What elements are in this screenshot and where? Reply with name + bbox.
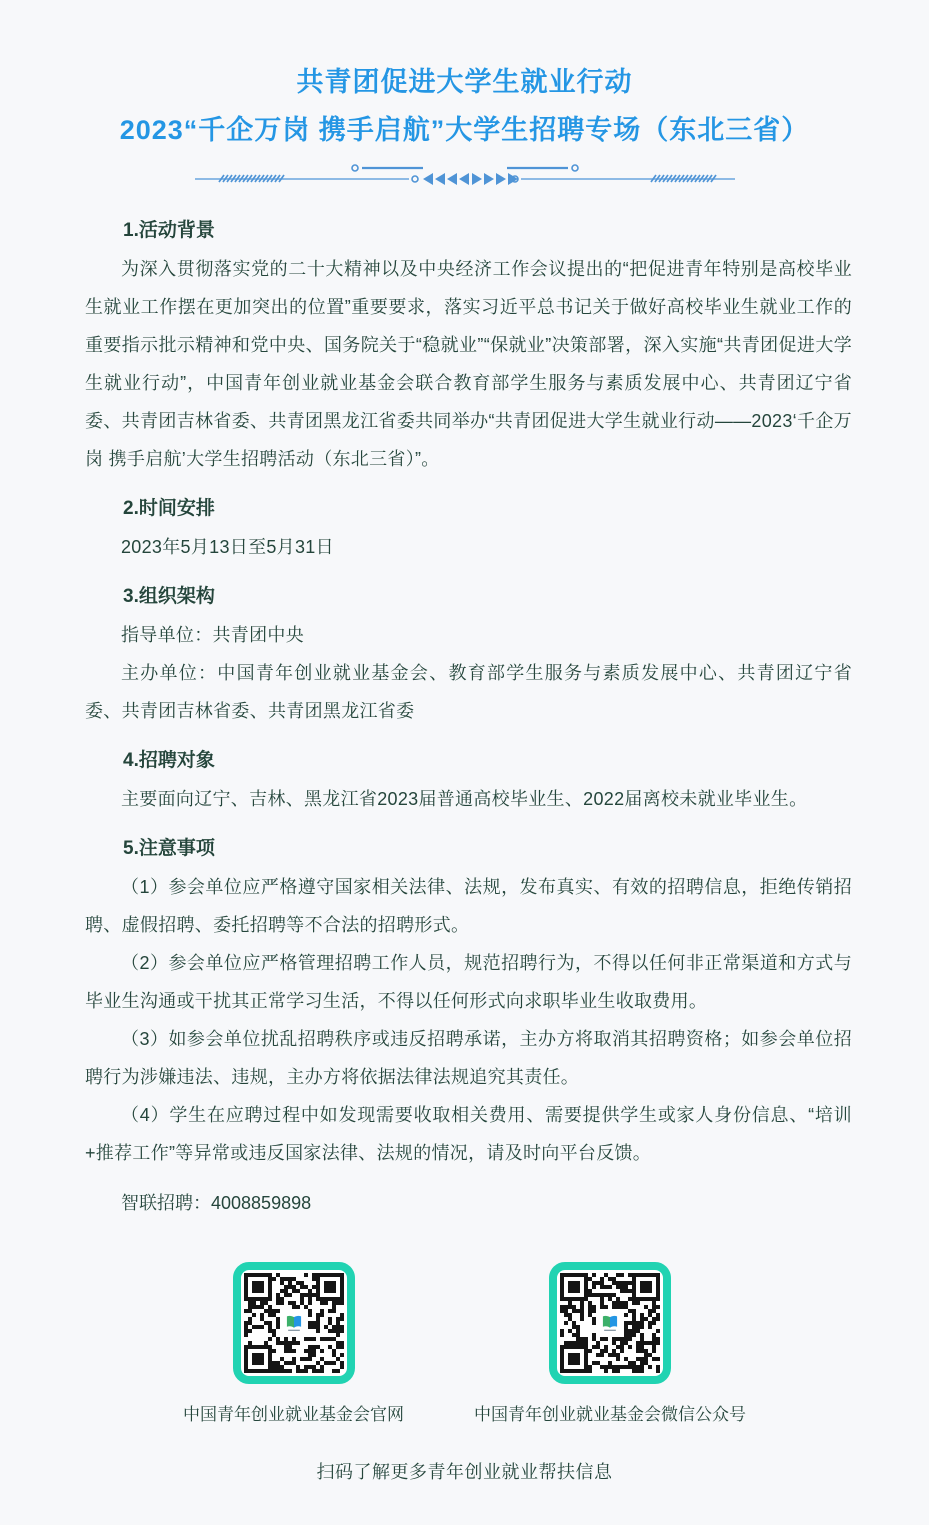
qr-website-figure: 中国青年创业就业基金会官网 [183, 1262, 404, 1427]
section-target-audience: 4.招聘对象 主要面向辽宁、吉林、黑龙江省2023届普通高校毕业生、2022届离… [85, 742, 852, 818]
section-notices: 5.注意事项 （1）参会单位应严格遵守国家相关法律、法规，发布真实、有效的招聘信… [85, 830, 852, 1172]
footer-note: 扫码了解更多青年创业就业帮扶信息 [0, 1459, 929, 1485]
qr-code-wechat-image [549, 1262, 671, 1384]
decorative-divider [0, 160, 929, 188]
announcement-page: 共青团促进大学生就业行动 2023“千企万岗 携手启航”大学生招聘专场（东北三省… [0, 0, 929, 1525]
paragraph: 指导单位：共青团中央 [85, 616, 852, 654]
page-header: 共青团促进大学生就业行动 2023“千企万岗 携手启航”大学生招聘专场（东北三省… [0, 0, 929, 188]
paragraph: 2023年5月13日至5月31日 [85, 528, 852, 566]
qr-caption-wechat: 中国青年创业就业基金会微信公众号 [474, 1403, 746, 1427]
qr-wechat-figure: 中国青年创业就业基金会微信公众号 [474, 1262, 746, 1427]
section-heading: 5.注意事项 [85, 830, 852, 868]
section-heading: 2.时间安排 [85, 490, 852, 528]
paragraph: 为深入贯彻落实党的二十大精神以及中央经济工作会议提出的“把促进青年特别是高校毕业… [85, 250, 852, 478]
qr-code-website-image [233, 1262, 355, 1384]
notice-item-2: （2）参会单位应严格管理招聘工作人员，规范招聘行为，不得以任何非正常渠道和方式与… [85, 944, 852, 1020]
paragraph: 主要面向辽宁、吉林、黑龙江省2023届普通高校毕业生、2022届离校未就业毕业生… [85, 780, 852, 818]
section-heading: 1.活动背景 [85, 212, 852, 250]
foundation-logo-icon [597, 1310, 623, 1336]
divider-ornament-icon [195, 160, 735, 188]
qr-code-row: 中国青年创业就业基金会官网 中国青年创业就业基金会微信公众号 [0, 1262, 929, 1427]
section-organization: 3.组织架构 指导单位：共青团中央 主办单位：中国青年创业就业基金会、教育部学生… [85, 578, 852, 730]
contact-phone: 智联招聘：4008859898 [85, 1184, 852, 1222]
section-schedule: 2.时间安排 2023年5月13日至5月31日 [85, 490, 852, 566]
notice-item-4: （4）学生在应聘过程中如发现需要收取相关费用、需要提供学生或家人身份信息、“培训… [85, 1096, 852, 1172]
notice-item-3: （3）如参会单位扰乱招聘秩序或违反招聘承诺，主办方将取消其招聘资格；如参会单位招… [85, 1020, 852, 1096]
notice-item-1: （1）参会单位应严格遵守国家相关法律、法规，发布真实、有效的招聘信息，拒绝传销招… [85, 868, 852, 944]
section-heading: 3.组织架构 [85, 578, 852, 616]
qr-caption-website: 中国青年创业就业基金会官网 [183, 1403, 404, 1427]
page-subtitle: 2023“千企万岗 携手启航”大学生招聘专场（东北三省） [0, 106, 929, 154]
section-activity-background: 1.活动背景 为深入贯彻落实党的二十大精神以及中央经济工作会议提出的“把促进青年… [85, 212, 852, 478]
paragraph: 主办单位：中国青年创业就业基金会、教育部学生服务与素质发展中心、共青团辽宁省委、… [85, 654, 852, 730]
foundation-logo-icon [281, 1310, 307, 1336]
document-body: 1.活动背景 为深入贯彻落实党的二十大精神以及中央经济工作会议提出的“把促进青年… [0, 212, 929, 1222]
page-title: 共青团促进大学生就业行动 [0, 58, 929, 106]
section-heading: 4.招聘对象 [85, 742, 852, 780]
